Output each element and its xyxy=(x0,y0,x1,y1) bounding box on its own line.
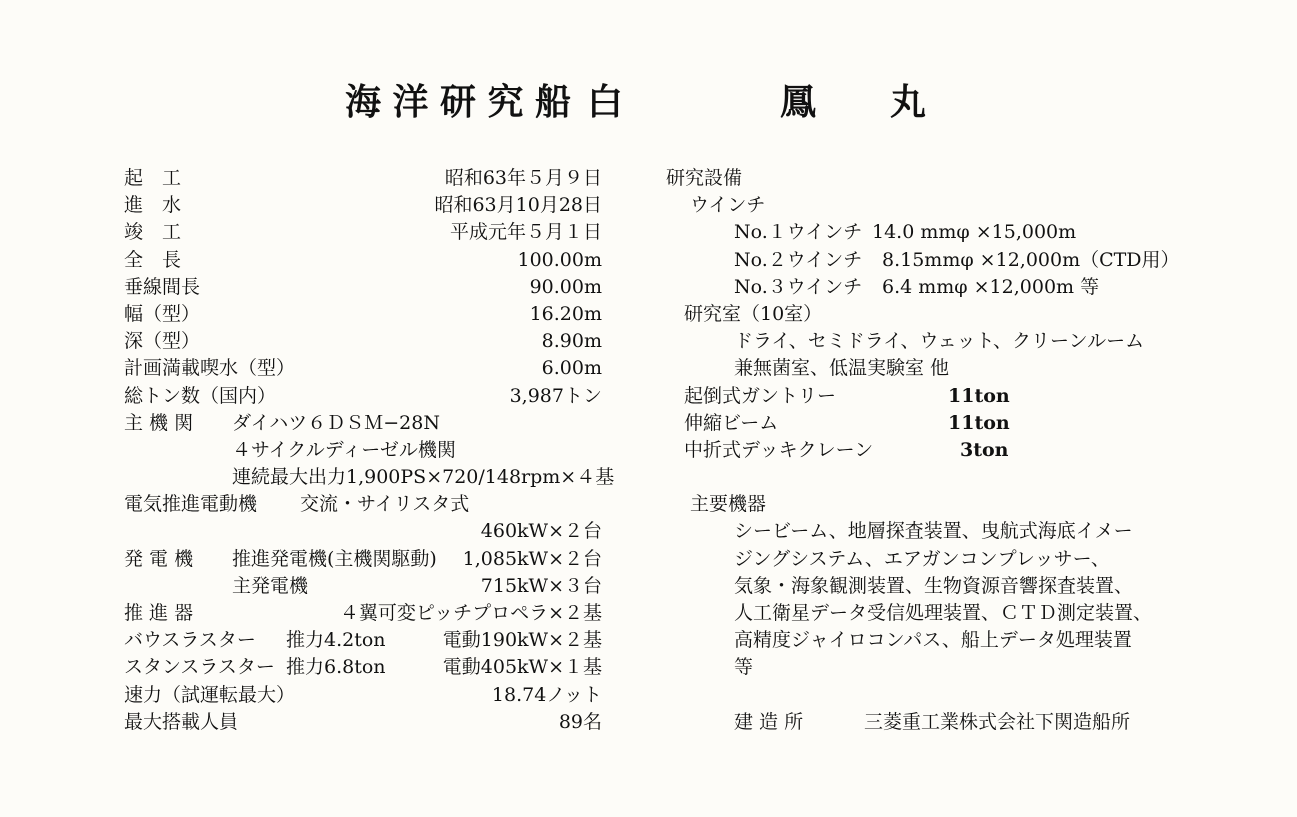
spec-row-draft: 計画満載喫水（型） 6.00m xyxy=(124,355,602,382)
spec-value: 89名 xyxy=(559,709,602,736)
spec-value: 16.20m xyxy=(530,301,602,328)
spec-row-main-generator: 主発電機 715kW×３台 xyxy=(124,573,602,600)
crane-value: 3ton xyxy=(960,437,1008,464)
spec-value: 715kW×３台 xyxy=(481,573,602,600)
winch-spec: 6.4 mmφ ×12,000m 等 xyxy=(882,274,1099,301)
spec-label: 起 工 xyxy=(124,165,181,192)
equipment-text: 等 xyxy=(734,654,753,681)
title-char-ho: 鳳 xyxy=(780,78,816,128)
spec-row-capacity: 最大搭載人員 89名 xyxy=(124,709,602,736)
equipment-line: ジングシステム、エアガンコンプレッサー、 xyxy=(666,546,1226,573)
spec-label: 竣 工 xyxy=(124,219,181,246)
equipment-line: 気象・海象観測装置、生物資源音響探査装置、 xyxy=(666,573,1226,600)
equipment-line: 人工衛星データ受信処理装置、ＣＴＤ測定装置、 xyxy=(666,600,1226,627)
spec-row-length-pp: 垂線間長 90.00m xyxy=(124,274,602,301)
engine-type: ４サイクルディーゼル機関 xyxy=(232,437,456,464)
spec-row-gross-tonnage: 総トン数（国内） 3,987トン xyxy=(124,383,602,410)
research-equipment: 研究設備 ウインチ No.１ウインチ 14.0 mmφ ×15,000m No.… xyxy=(666,165,1226,736)
winch-row-2: No.２ウインチ 8.15mmφ ×12,000m（CTD用） xyxy=(666,247,1226,274)
spec-row-engine-output: 連続最大出力1,900PS×720/148rpm×４基 xyxy=(124,464,602,491)
motor-type: 交流・サイリスタ式 xyxy=(300,491,469,518)
spec-value: 460kW×２台 xyxy=(481,518,602,545)
spec-label: 計画満載喫水（型） xyxy=(124,355,295,382)
winch-spec: 8.15mmφ ×12,000m（CTD用） xyxy=(882,247,1180,274)
crane-row-gantry: 起倒式ガントリー 11ton xyxy=(666,383,1226,410)
winch-row-1: No.１ウインチ 14.0 mmφ ×15,000m xyxy=(666,219,1226,246)
spec-label: バウスラスター xyxy=(124,627,256,654)
spec-value: 1,085kW×２台 xyxy=(463,546,602,573)
spec-row-speed: 速力（試運転最大） 18.74ノット xyxy=(124,682,602,709)
thruster-thrust: 推力4.2ton xyxy=(286,627,386,654)
spec-label: 最大搭載人員 xyxy=(124,709,238,736)
spec-row-depth: 深（型） 8.90m xyxy=(124,328,602,355)
winch-name: No.３ウインチ xyxy=(734,274,862,301)
labs-heading-row: 研究室（10室） xyxy=(666,301,1226,328)
title-char-maru: 丸 xyxy=(890,78,926,128)
crane-name: 伸縮ビーム xyxy=(684,410,778,437)
spec-value: 電動405kW×１基 xyxy=(443,654,602,681)
equipment-line: 高精度ジャイロコンパス、船上データ処理装置 xyxy=(666,627,1226,654)
winch-heading-row: ウインチ xyxy=(666,192,1226,219)
equipment-heading: 主要機器 xyxy=(690,491,766,518)
crane-value: 11ton xyxy=(948,383,1010,410)
engine-model: ダイハツ６ＤＳＭ−28N xyxy=(232,410,440,437)
spec-row-stern-thruster: スタンスラスター 推力6.8ton 電動405kW×１基 xyxy=(124,654,602,681)
spacer xyxy=(666,464,1226,491)
spec-label: スタンスラスター xyxy=(124,654,275,681)
research-heading: 研究設備 xyxy=(666,165,742,192)
page-title: 海洋研究船 白 鳳 丸 xyxy=(345,78,935,128)
spec-label: 垂線間長 xyxy=(124,274,200,301)
spec-label: 進 水 xyxy=(124,192,181,219)
spec-label: 電気推進電動機 xyxy=(124,491,257,518)
winch-spec: 14.0 mmφ ×15,000m xyxy=(872,219,1076,246)
spec-label: 推 進 器 xyxy=(124,600,193,627)
spec-value: 100.00m xyxy=(518,247,603,274)
winch-name: No.２ウインチ xyxy=(734,247,862,274)
spec-value: 18.74ノット xyxy=(492,682,602,709)
equipment-line: 等 xyxy=(666,654,1226,681)
labs-text: 兼無菌室、低温実験室 他 xyxy=(734,355,949,382)
thruster-thrust: 推力6.8ton xyxy=(286,654,386,681)
spec-label: 総トン数（国内） xyxy=(124,383,276,410)
spec-row-propeller: 推 進 器 ４翼可変ピッチプロペラ×２基 xyxy=(124,600,602,627)
spec-value: 6.00m xyxy=(542,355,602,382)
spec-row-bow-thruster: バウスラスター 推力4.2ton 電動190kW×２基 xyxy=(124,627,602,654)
labs-line-1: ドライ、セミドライ、ウェット、クリーンルーム xyxy=(666,328,1226,355)
generator-name: 主発電機 xyxy=(232,573,308,600)
spec-value: 8.90m xyxy=(542,328,602,355)
generator-name: 推進発電機(主機関駆動) xyxy=(232,546,437,573)
builder-label: 建 造 所 xyxy=(734,709,803,736)
crane-row-beam: 伸縮ビーム 11ton xyxy=(666,410,1226,437)
spec-row-length-overall: 全 長 100.00m xyxy=(124,247,602,274)
builder-row: 建 造 所 三菱重工業株式会社下関造船所 xyxy=(666,709,1226,736)
equipment-text: シービーム、地層探査装置、曳航式海底イメー xyxy=(734,518,1133,545)
spec-row-propulsion-motor: 電気推進電動機 交流・サイリスタ式 xyxy=(124,491,602,518)
spec-value: 平成元年５月１日 xyxy=(450,219,602,246)
equipment-text: 気象・海象観測装置、生物資源音響探査装置、 xyxy=(734,573,1133,600)
spec-value: 電動190kW×２基 xyxy=(443,627,602,654)
spec-row-breadth: 幅（型） 16.20m xyxy=(124,301,602,328)
spec-row-generator: 発 電 機 推進発電機(主機関駆動) 1,085kW×２台 xyxy=(124,546,602,573)
spec-value: 昭和63年５月９日 xyxy=(445,165,602,192)
equipment-heading-row: 主要機器 xyxy=(666,491,1226,518)
spec-row-propulsion-motor-output: 460kW×２台 xyxy=(124,518,602,545)
crane-value: 11ton xyxy=(948,410,1010,437)
spec-row-keel-laying: 起 工 昭和63年５月９日 xyxy=(124,165,602,192)
spec-label: 幅（型） xyxy=(124,301,200,328)
spacer xyxy=(666,682,1226,709)
spec-row-completion: 竣 工 平成元年５月１日 xyxy=(124,219,602,246)
labs-text: ドライ、セミドライ、ウェット、クリーンルーム xyxy=(734,328,1144,355)
spec-row-main-engine: 主 機 関 ダイハツ６ＤＳＭ−28N xyxy=(124,410,602,437)
research-heading-row: 研究設備 xyxy=(666,165,1226,192)
spec-label: 発 電 機 xyxy=(124,546,193,573)
winch-heading: ウインチ xyxy=(690,192,765,219)
winch-row-3: No.３ウインチ 6.4 mmφ ×12,000m 等 xyxy=(666,274,1226,301)
crane-name: 中折式デッキクレーン xyxy=(684,437,873,464)
winch-name: No.１ウインチ xyxy=(734,219,862,246)
spec-value: ４翼可変ピッチプロペラ×２基 xyxy=(340,600,602,627)
ship-specifications: 起 工 昭和63年５月９日 進 水 昭和63月10月28日 竣 工 平成元年５月… xyxy=(124,165,602,736)
labs-line-2: 兼無菌室、低温実験室 他 xyxy=(666,355,1226,382)
spec-value: 90.00m xyxy=(530,274,602,301)
spec-label: 主 機 関 xyxy=(124,410,193,437)
engine-output: 連続最大出力1,900PS×720/148rpm×４基 xyxy=(232,464,614,491)
equipment-line: シービーム、地層探査装置、曳航式海底イメー xyxy=(666,518,1226,545)
equipment-text: 高精度ジャイロコンパス、船上データ処理装置 xyxy=(734,627,1132,654)
spec-label: 全 長 xyxy=(124,247,181,274)
spec-label: 深（型） xyxy=(124,328,200,355)
crane-name: 起倒式ガントリー xyxy=(684,383,836,410)
spec-value: 3,987トン xyxy=(510,383,602,410)
spec-row-launch: 進 水 昭和63月10月28日 xyxy=(124,192,602,219)
title-char-haku: 白 xyxy=(587,78,623,128)
builder-value: 三菱重工業株式会社下関造船所 xyxy=(864,709,1130,736)
equipment-text: ジングシステム、エアガンコンプレッサー、 xyxy=(734,546,1110,573)
equipment-text: 人工衛星データ受信処理装置、ＣＴＤ測定装置、 xyxy=(734,600,1152,627)
spec-value: 昭和63月10月28日 xyxy=(434,192,602,219)
crane-row-deck: 中折式デッキクレーン 3ton xyxy=(666,437,1226,464)
spec-row-engine-type: ４サイクルディーゼル機関 xyxy=(124,437,602,464)
title-ship-type: 海洋研究船 xyxy=(345,78,583,128)
spec-label: 速力（試運転最大） xyxy=(124,682,295,709)
labs-heading: 研究室（10室） xyxy=(684,301,822,328)
